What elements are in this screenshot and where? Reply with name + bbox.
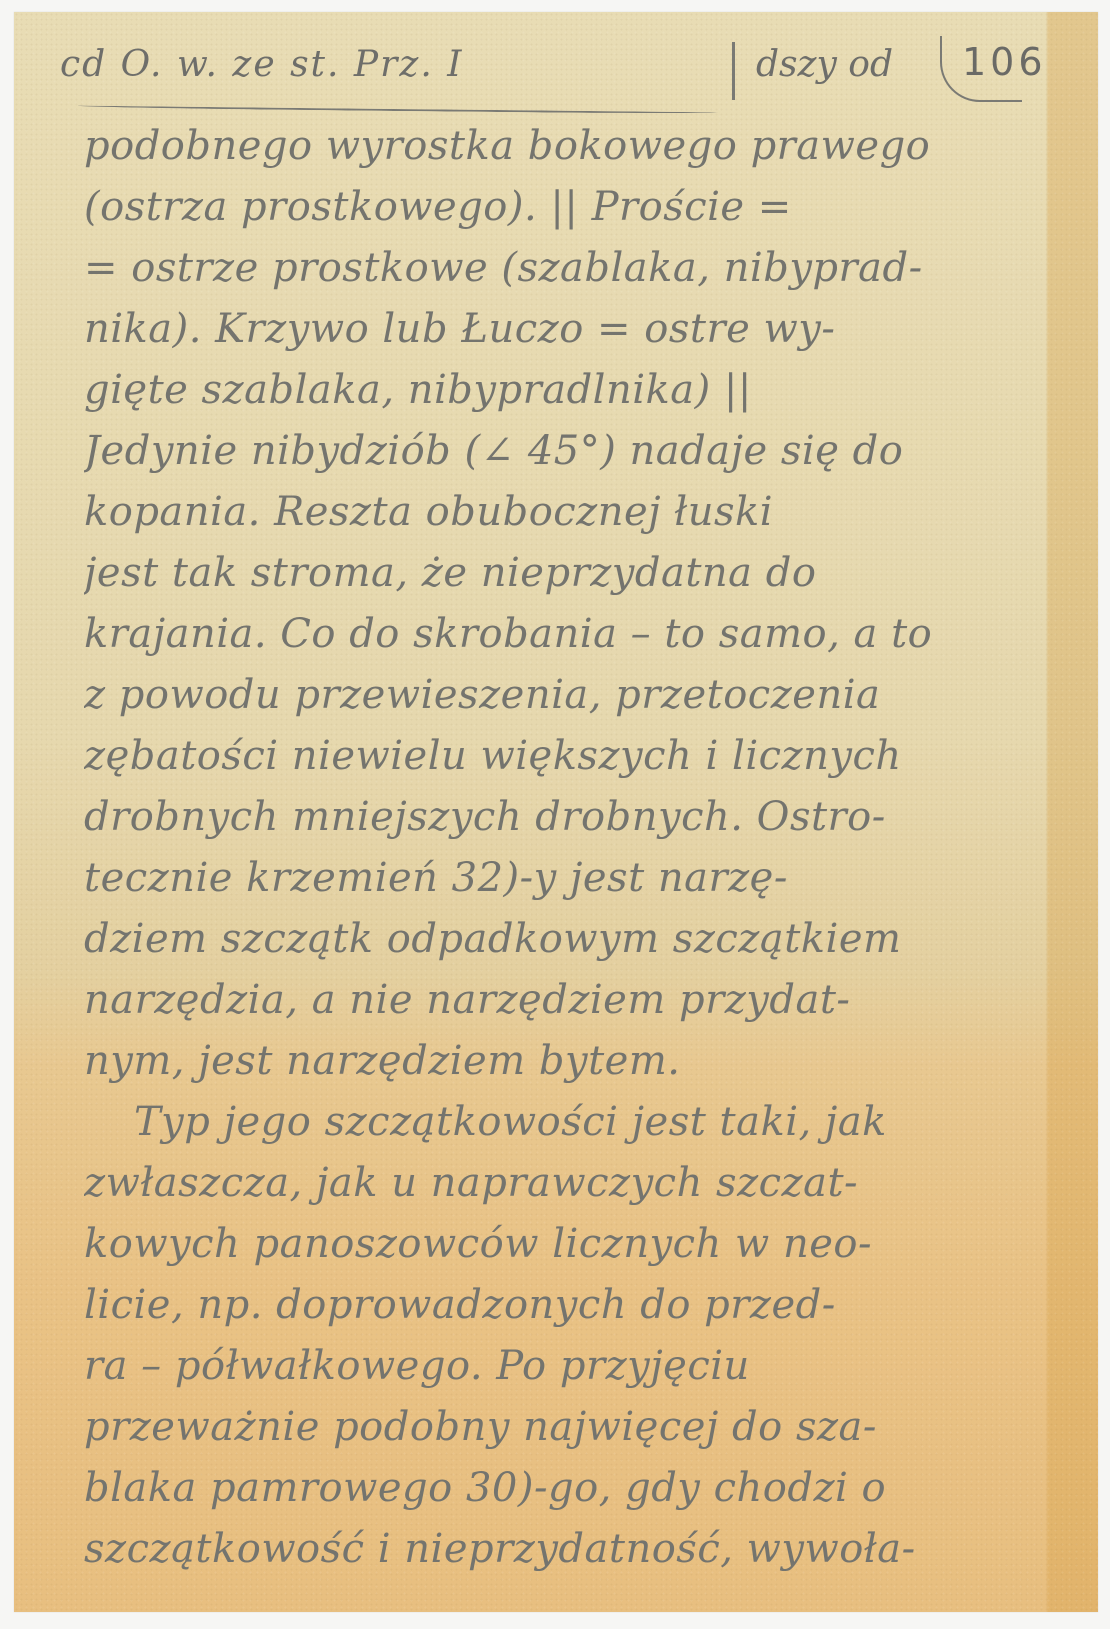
- text-line: zębatości niewielu większych i licznych: [84, 726, 1044, 787]
- text-line: zwłaszcza, jak u naprawczych szczat-: [84, 1153, 1044, 1214]
- manuscript-body: podobnego wyrostka bokowego prawego (ost…: [84, 116, 1044, 1580]
- text-line: kopania. Reszta obubocznej łuski: [84, 482, 1044, 543]
- text-line: jest tak stroma, że nieprzydatna do: [84, 543, 1044, 604]
- text-line: dziem szczątk odpadkowym szczątkiem: [84, 909, 1044, 970]
- paragraph-start-line: Typ jego szczątkowości jest taki, jak: [84, 1092, 1044, 1153]
- text-line: Jedynie nibydziób (∠ 45°) nadaje się do: [84, 421, 1044, 482]
- text-line: przeważnie podobny najwięcej do sza-: [84, 1397, 1044, 1458]
- text-line: nym, jest narzędziem bytem.: [84, 1031, 1044, 1092]
- text-line: licie, np. doprowadzonych do przed-: [84, 1275, 1044, 1336]
- text-line: (ostrza prostkowego). || Proście =: [84, 177, 1044, 238]
- text-line: blaka pamrowego 30)-go, gdy chodzi o: [84, 1458, 1044, 1519]
- text-line: nika). Krzywo lub Łuczo = ostre wy-: [84, 299, 1044, 360]
- text-line: narzędzia, a nie narzędziem przydat-: [84, 970, 1044, 1031]
- text-line: szczątkowość i nieprzydatność, wywoła-: [84, 1519, 1044, 1580]
- text-line: gięte szablaka, nibypradlnika) ||: [84, 360, 1044, 421]
- text-line: ra – półwałkowego. Po przyjęciu: [84, 1336, 1044, 1397]
- header-continuation: dszy od: [756, 44, 893, 85]
- text-line: kowych panoszowców licznych w neo-: [84, 1214, 1044, 1275]
- text-line: krajania. Co do skrobania – to samo, a t…: [84, 604, 1044, 665]
- text-line: = ostrze prostkowe (szablaka, nibyprad-: [84, 238, 1044, 299]
- text-line: drobnych mniejszych drobnych. Ostro-: [84, 787, 1044, 848]
- text-line: z powodu przewieszenia, przetoczenia: [84, 665, 1044, 726]
- text-line: podobnego wyrostka bokowego prawego: [84, 116, 1044, 177]
- header-underline: [78, 103, 718, 115]
- text-line: tecznie krzemień 32)-y jest narzę-: [84, 848, 1044, 909]
- header-reference: cd O. w. ze st. Prz. I: [60, 44, 463, 85]
- header-divider: [732, 42, 735, 100]
- manuscript-sheet: cd O. w. ze st. Prz. I dszy od 106 podob…: [14, 12, 1098, 1612]
- page-header: cd O. w. ze st. Prz. I dszy od 106: [60, 36, 1080, 106]
- page-number: 106: [962, 40, 1047, 84]
